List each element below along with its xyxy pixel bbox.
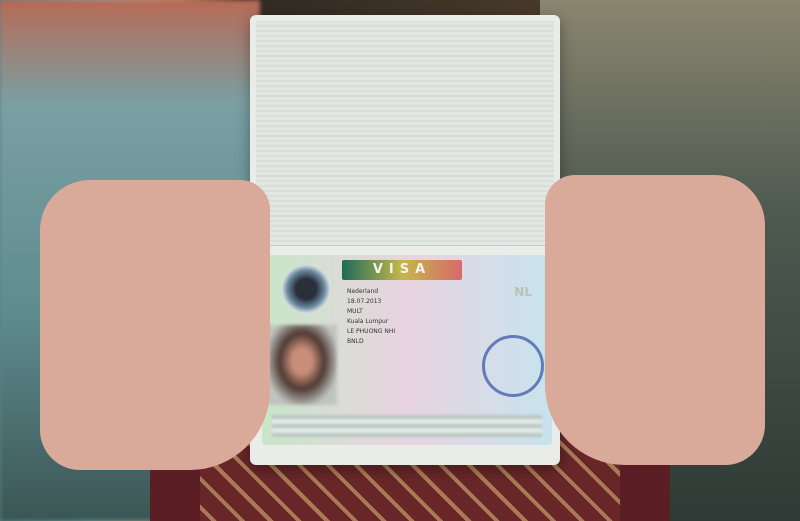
left-hand [40, 180, 270, 470]
field: MULT [347, 307, 395, 317]
holder-photo [267, 325, 337, 405]
field: BNLD [347, 337, 395, 347]
visa-fields: Nederland 18.07.2013 MULT Kuala Lumpur L… [347, 287, 395, 347]
eu-emblem-icon [282, 265, 330, 313]
passport: VISA NL Nederland 18.07.2013 MULT Kuala … [250, 15, 560, 465]
visa-header: VISA [342, 260, 462, 280]
field: Nederland [347, 287, 395, 297]
photo-scene: VISA NL Nederland 18.07.2013 MULT Kuala … [0, 0, 800, 521]
field: LE PHUONG NHI [347, 327, 395, 337]
passport-page [256, 21, 554, 246]
field: Kuala Lumpur [347, 317, 395, 327]
visa-sticker: VISA NL Nederland 18.07.2013 MULT Kuala … [262, 255, 552, 445]
coat-of-arms-stamp-icon [482, 335, 544, 397]
field: 18.07.2013 [347, 297, 395, 307]
machine-readable-zone [272, 415, 542, 437]
country-code: NL [514, 285, 532, 299]
right-hand [545, 175, 765, 465]
